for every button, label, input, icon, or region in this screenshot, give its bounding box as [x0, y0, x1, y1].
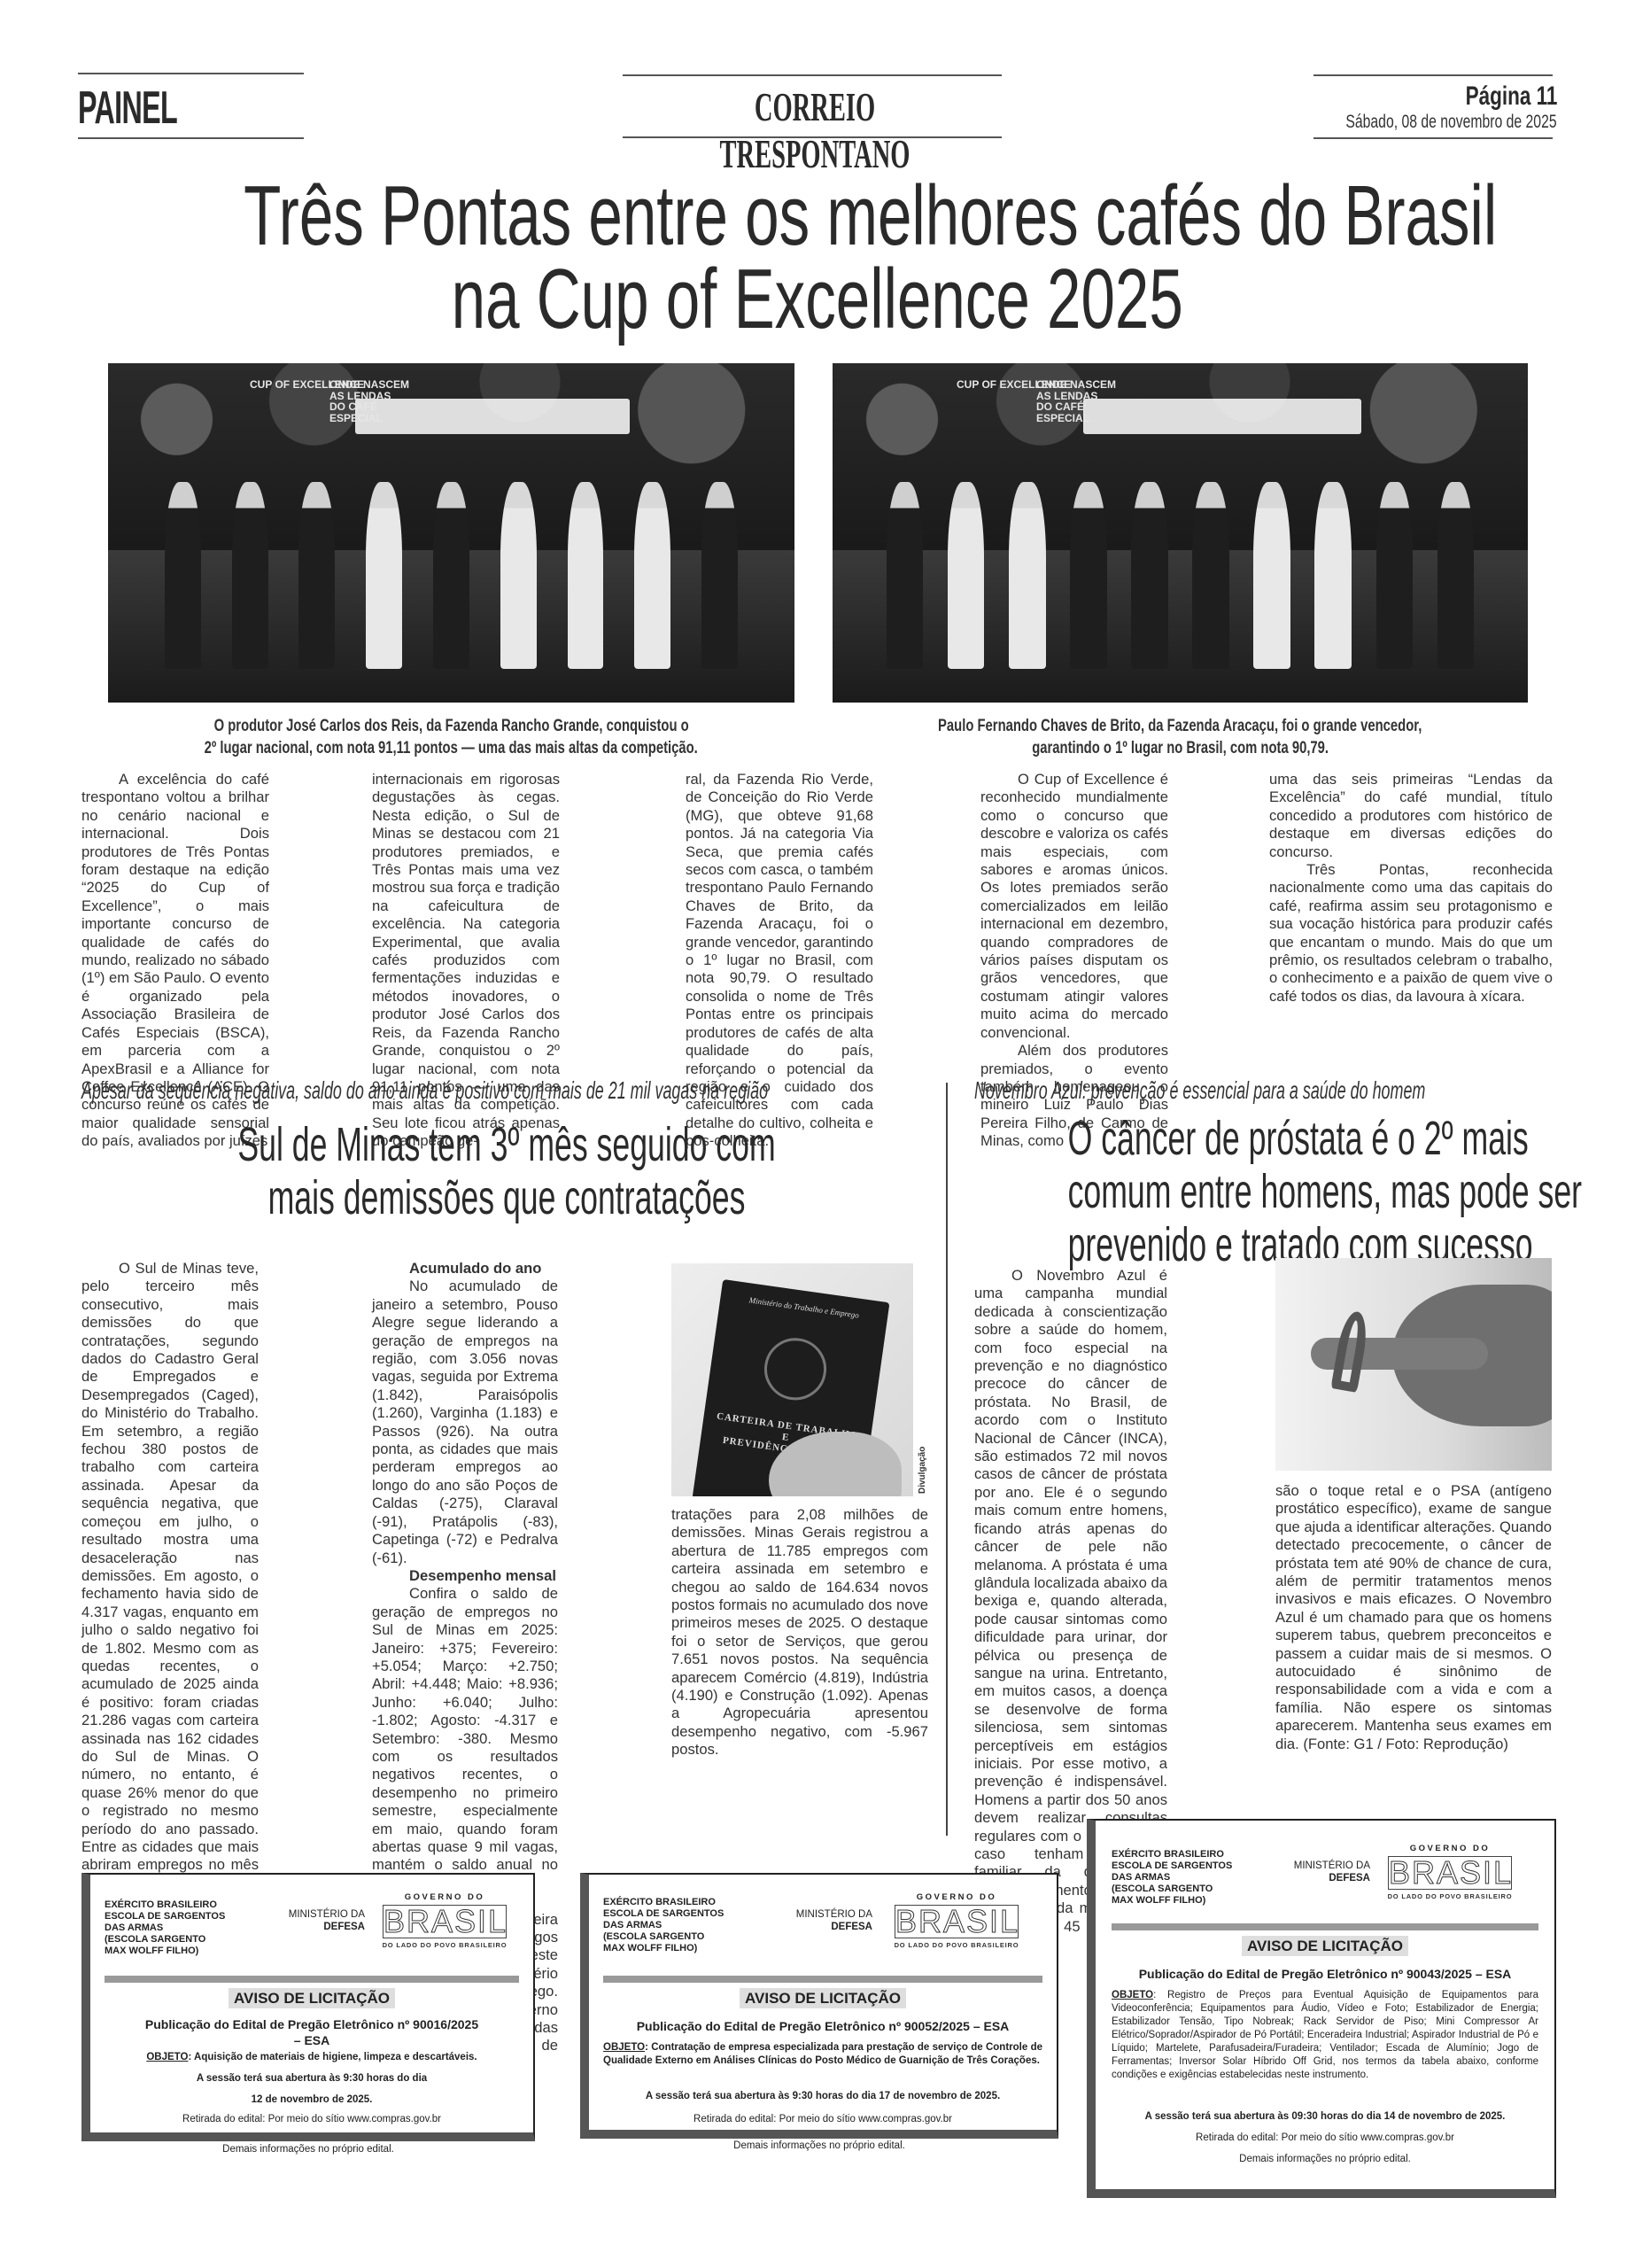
- ad-ministry: MINISTÉRIO DADEFESA: [1273, 1860, 1370, 1884]
- coat-of-arms-icon: [760, 1334, 830, 1404]
- ad-title: AVISO DE LICITAÇÃO: [589, 1990, 1057, 2008]
- brasil-logo-icon: BRASIL: [383, 1905, 507, 1938]
- photo-credit: Divulgação: [918, 1447, 927, 1494]
- ad-ministry: MINISTÉRIO DADEFESA: [267, 1908, 365, 1933]
- ad-objeto: OBJETO: Contratação de empresa especiali…: [603, 2041, 1042, 2068]
- ad-organization: EXÉRCITO BRASILEIRO ESCOLA DE SARGENTOS …: [1112, 1849, 1232, 1907]
- ctps-photo: Ministério do Trabalho e Emprego CARTEIR…: [671, 1263, 913, 1496]
- newspaper-name: CORREIO TRESPONTANO: [629, 83, 1001, 177]
- award-photo-right: CUP OF EXCELLENCE ONDE NASCEM AS LENDAS …: [833, 363, 1528, 703]
- ad-divider-bar: [603, 1976, 1042, 1983]
- ad-title: AVISO DE LICITAÇÃO: [1096, 1938, 1554, 1955]
- licitacao-ad-90016: EXÉRCITO BRASILEIRO ESCOLA DE SARGENTOS …: [81, 1873, 535, 2141]
- award-photo-left: CUP OF EXCELLENCE ONDE NASCEM AS LENDAS …: [108, 363, 794, 703]
- gov-brasil-logo: GOVERNO DO BRASIL DO LADO DO POVO BRASIL…: [374, 1892, 515, 1949]
- lead-headline-line1: Três Pontas entre os melhores cafés do B…: [0, 174, 1635, 259]
- photo-caption-left: O produtor José Carlos dos Reis, da Faze…: [108, 716, 794, 759]
- ad-demais: Demais informações no próprio edital.: [81, 2144, 535, 2155]
- ad-organization: EXÉRCITO BRASILEIRO ESCOLA DE SARGENTOS …: [105, 1899, 225, 1957]
- photo-overlay-text: ONDE NASCEM AS LENDAS DO CAFÉ ESPECIAL: [1036, 379, 1116, 423]
- page-number: Página 11: [1435, 82, 1557, 112]
- ad-demais: Demais informações no próprio edital.: [580, 2140, 1058, 2151]
- masthead-rule: [78, 73, 304, 74]
- licitacao-ad-90043: EXÉRCITO BRASILEIRO ESCOLA DE SARGENTOS …: [1087, 1819, 1556, 2198]
- gov-brasil-logo: GOVERNO DO BRASIL DO LADO DO POVO BRASIL…: [1379, 1844, 1521, 1900]
- health-column-2: são o toque retal e o PSA (antígeno pros…: [1275, 1482, 1552, 1753]
- gov-brasil-logo: GOVERNO DO BRASIL DO LADO DO POVO BRASIL…: [886, 1892, 1027, 1949]
- ad-retirada: Retirada do edital: Por meio do sítio ww…: [1096, 2132, 1554, 2143]
- jobs-column-3: tratações para 2,08 milhões de demissões…: [671, 1506, 928, 1759]
- ad-retirada: Retirada do edital: Por meio do sítio ww…: [90, 2114, 533, 2124]
- ad-publication: Publicação do Edital de Pregão Eletrônic…: [143, 2016, 480, 2048]
- licitacao-ad-90052: EXÉRCITO BRASILEIRO ESCOLA DE SARGENTOS …: [580, 1873, 1058, 2139]
- photo-caption-right: Paulo Fernando Chaves de Brito, da Fazen…: [833, 716, 1528, 759]
- ad-publication: Publicação do Edital de Pregão Eletrônic…: [598, 2018, 1048, 2034]
- masthead-rule: [1313, 74, 1553, 76]
- column-divider: [946, 1083, 948, 1836]
- ad-objeto: OBJETO: Registro de Preços para Eventual…: [1112, 1989, 1538, 2082]
- page-date: Sábado, 08 de novembro de 2025: [1275, 112, 1557, 133]
- health-kicker: Novembro Azul: prevenção é essencial par…: [974, 1076, 1635, 1105]
- ad-session: A sessão terá sua abertura às 09:30 hora…: [1096, 2111, 1554, 2122]
- ad-demais: Demais informações no próprio edital.: [1096, 2154, 1554, 2164]
- subheading-desempenho: Desempenho mensal: [372, 1567, 558, 1585]
- ad-title: AVISO DE LICITAÇÃO: [90, 1990, 533, 2008]
- brasil-logo-icon: BRASIL: [895, 1905, 1019, 1938]
- masthead-rule: [623, 74, 1002, 76]
- blue-ribbon-photo: [1275, 1258, 1552, 1471]
- jobs-headline: Sul de Minas tem 3º mês seguido com mais…: [81, 1118, 932, 1224]
- ad-organization: EXÉRCITO BRASILEIRO ESCOLA DE SARGENTOS …: [603, 1897, 724, 1954]
- ad-retirada: Retirada do edital: Por meio do sítio ww…: [589, 2114, 1057, 2124]
- ad-divider-bar: [1112, 1923, 1538, 1930]
- ad-divider-bar: [105, 1976, 519, 1983]
- subheading-acumulado: Acumulado do ano: [372, 1260, 558, 1278]
- photo-overlay-text: ONDE NASCEM AS LENDAS DO CAFÉ ESPECIAL: [329, 379, 409, 423]
- section-title: PAINEL: [78, 82, 177, 135]
- masthead-rule: [1313, 137, 1553, 139]
- lead-headline-line2: na Cup of Excellence 2025: [0, 257, 1635, 342]
- health-headline: O câncer de próstata é o 2º mais comum e…: [965, 1112, 1568, 1271]
- brasil-logo-icon: BRASIL: [1388, 1856, 1512, 1890]
- ad-session-date: 12 de novembro de 2025.: [90, 2094, 533, 2105]
- masthead-rule: [78, 137, 304, 139]
- ad-publication: Publicação do Edital de Pregão Eletrônic…: [1104, 1966, 1546, 1982]
- lead-article-column-5: uma das seis primeiras “Lendas da Excelê…: [1269, 771, 1553, 1006]
- ad-ministry: MINISTÉRIO DADEFESA: [775, 1908, 872, 1933]
- ad-session: A sessão terá sua abertura às 9:30 horas…: [90, 2073, 533, 2084]
- ad-objeto: OBJETO: Aquisição de materiais de higien…: [90, 2052, 533, 2062]
- ad-session: A sessão terá sua abertura às 9:30 horas…: [589, 2091, 1057, 2101]
